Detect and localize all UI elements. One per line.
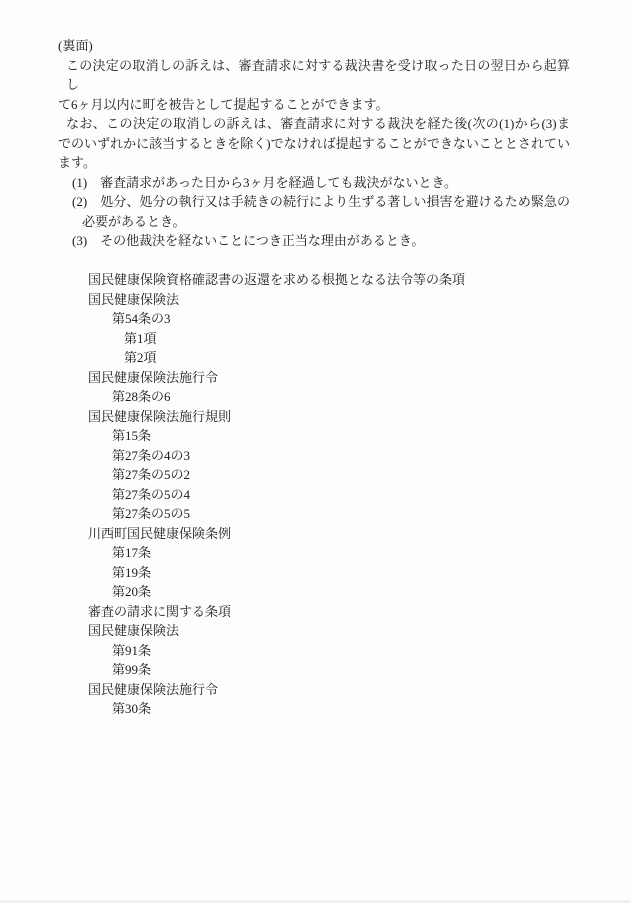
document-line: 第27条の4の3 xyxy=(58,446,570,466)
document-line: 第28条の6 xyxy=(58,387,570,407)
document-line: 川西町国民健康保険条例 xyxy=(58,524,570,544)
document-line: 第27条の5の2 xyxy=(58,465,570,485)
document-line: 審査の請求に関する条項 xyxy=(58,602,570,622)
document-line: 第1項 xyxy=(58,329,570,349)
document-line: 第27条の5の4 xyxy=(58,485,570,505)
document-line: 第91条 xyxy=(58,641,570,661)
document-line: 必要があるとき。 xyxy=(58,212,570,232)
document-line: て6ヶ月以内に町を被告として提起することができます。 xyxy=(58,95,570,115)
document-line: 第17条 xyxy=(58,543,570,563)
document-line: 第30条 xyxy=(58,699,570,719)
document-line: 国民健康保険資格確認書の返還を求める根拠となる法令等の条項 xyxy=(58,270,570,290)
document-line: 国民健康保険法施行令 xyxy=(58,368,570,388)
document-line: (3) その他裁決を経ないことにつき正当な理由があるとき。 xyxy=(58,231,570,251)
document-line: 第15条 xyxy=(58,426,570,446)
document-line: 第19条 xyxy=(58,563,570,583)
document-line: 国民健康保険法施行規則 xyxy=(58,407,570,427)
document-line: でのいずれかに該当するときを除く)でなければ提起することができないこととされてい xyxy=(58,134,570,154)
document-line: この決定の取消しの訴えは、審査請求に対する裁決書を受け取った日の翌日から起算し xyxy=(58,56,570,95)
document-line: 第99条 xyxy=(58,660,570,680)
document-line: ます。 xyxy=(58,153,570,173)
document-line: (1) 審査請求があった日から3ヶ月を経過しても裁決がないとき。 xyxy=(58,173,570,193)
document-line xyxy=(58,251,570,271)
document-line: 第54条の3 xyxy=(58,309,570,329)
document-line: なお、この決定の取消しの訴えは、審査請求に対する裁決を経た後(次の(1)から(3… xyxy=(58,114,570,134)
document-body: (裏面)この決定の取消しの訴えは、審査請求に対する裁決書を受け取った日の翌日から… xyxy=(58,36,570,719)
document-line: 国民健康保険法 xyxy=(58,290,570,310)
document-line: 第20条 xyxy=(58,582,570,602)
document-line: (裏面) xyxy=(58,36,570,56)
document-line: 第2項 xyxy=(58,348,570,368)
document-line: 第27条の5の5 xyxy=(58,504,570,524)
document-line: 国民健康保険法施行令 xyxy=(58,680,570,700)
document-page: (裏面)この決定の取消しの訴えは、審査請求に対する裁決書を受け取った日の翌日から… xyxy=(0,0,630,903)
document-line: 国民健康保険法 xyxy=(58,621,570,641)
document-line: (2) 処分、処分の執行又は手続きの続行により生ずる著しい損害を避けるため緊急の xyxy=(58,192,570,212)
